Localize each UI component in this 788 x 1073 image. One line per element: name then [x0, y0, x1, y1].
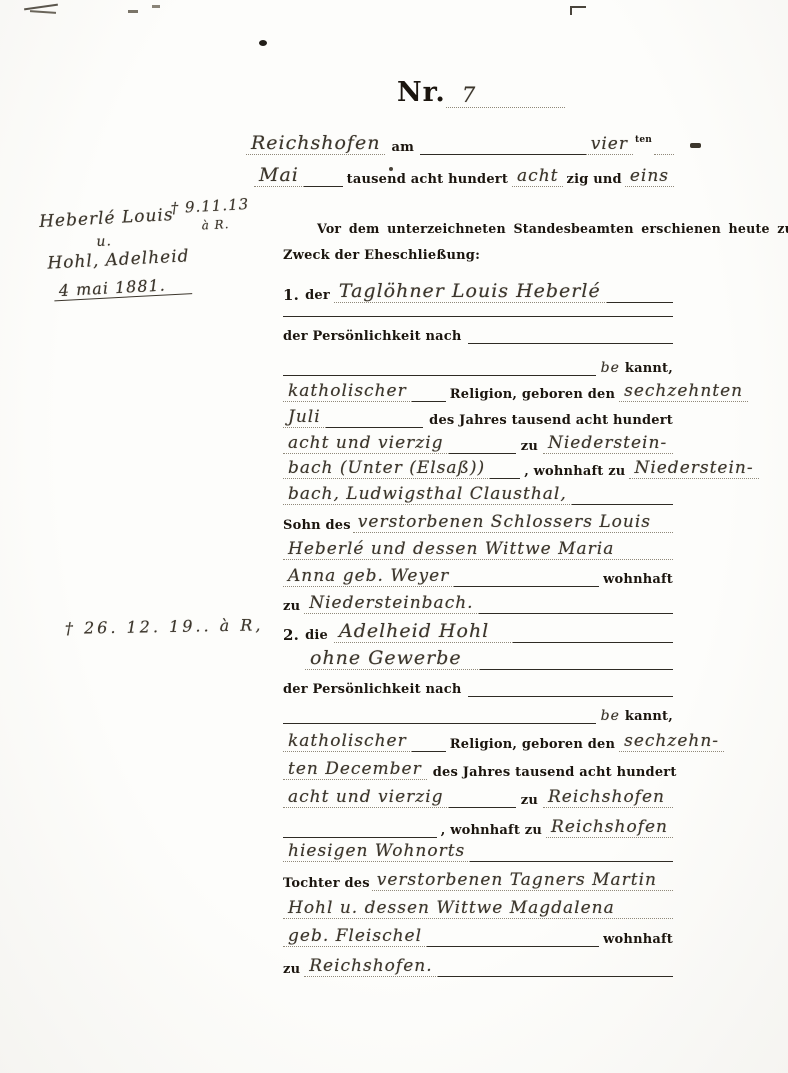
bride-bekannt-row: be kannt, [283, 700, 673, 724]
dateline-place-row: Reichshofen am vier ten [246, 128, 674, 155]
bride-parents-row3: geb. Fleischel wohnhaft [283, 919, 673, 947]
groom-residence-row: bach, Ludwigsthal Clausthal, [283, 479, 673, 505]
intro-purpose: Zweck der Eheschließung: [283, 246, 480, 264]
scan-speck [570, 6, 586, 15]
record-number-label: Nr. [397, 78, 446, 108]
zu2-label: zu [283, 963, 300, 977]
year-tens: acht [512, 168, 563, 187]
groom-residence-1: Niederstein- [629, 460, 758, 479]
daughter-label: Tochter des [283, 877, 370, 891]
bride-residence-note: hiesigen Wohnorts [283, 843, 470, 862]
ten-suffix-label: ten [635, 136, 652, 146]
religion-label: Religion, geboren den [450, 738, 615, 752]
zu-label: zu [521, 440, 538, 454]
bride-religion-row: katholischer Religion, geboren den sechz… [283, 726, 673, 752]
form-blank-line [654, 154, 674, 155]
scan-speck [128, 10, 138, 13]
bride-name-entry: Adelheid Hohl [334, 622, 513, 643]
dateline-year-row: Mai tausend acht hundert acht zig und ei… [246, 160, 674, 187]
zig-und-label: zig und [566, 173, 621, 187]
bride-residence-note-row: hiesigen Wohnorts [283, 834, 673, 862]
bride-occupation: ohne Gewerbe [305, 649, 480, 670]
bride-parents-2: Hohl u. dessen Wittwe Magdalena [283, 900, 673, 919]
groom-parents-1: verstorbenen Schlossers Louis [353, 514, 673, 533]
year-label: des Jahres tausend acht hundert [429, 414, 673, 428]
bride-religion-entry: katholischer [283, 733, 412, 752]
bride-article: die [305, 629, 328, 643]
groom-parents-row1: Sohn des verstorbenen Schlossers Louis [283, 507, 673, 533]
bride-birth-place: Reichshofen [543, 789, 673, 808]
dateline-place: Reichshofen [246, 134, 385, 155]
bride-birth-year: acht und vierzig [283, 789, 449, 808]
groom-parents-residence-row: zu Niedersteinbach. [283, 587, 673, 614]
bride-name-row: 2. die Adelheid Hohl [283, 614, 673, 643]
intro-line2: Zweck der Eheschließung: [283, 248, 480, 263]
margin-bride-name: Hohl, Adelheid [42, 248, 195, 274]
groom-residence-2: bach, Ludwigsthal Clausthal, [283, 486, 572, 505]
bride-birth-month-row: ten December des Jahres tausend acht hun… [283, 752, 673, 780]
scan-speck [259, 40, 267, 46]
margin-annotation-couple: Heberlé Louis † 9.11.13 à R. u. Hohl, Ad… [27, 194, 282, 312]
groom-birth-place-row: bach (Unter (Elsaß)) , wohnhaft zu Niede… [283, 454, 673, 479]
zu-label: zu [521, 794, 538, 808]
scan-speck [30, 10, 56, 14]
form-blank-line [470, 861, 673, 862]
margin-groom-name: Heberlé Louis [34, 207, 179, 233]
bride-parents-3: geb. Fleischel [283, 928, 427, 947]
margin-wedding-date: 4 mai 1881. [53, 276, 192, 301]
bride-occupation-row: ohne Gewerbe [283, 643, 673, 670]
wohnhaft2-label: wohnhaft [603, 573, 673, 587]
groom-bekannt-row: be kannt, [283, 352, 673, 376]
groom-parents-row3: Anna geb. Weyer wohnhaft [283, 560, 673, 587]
margin-groom-death-date: † 9.11.13 [165, 197, 254, 218]
wohnhaft2-label: wohnhaft [603, 933, 673, 947]
bride-parents-row2: Hohl u. dessen Wittwe Magdalena [283, 891, 673, 919]
groom-birth-month: Juli [283, 409, 326, 428]
form-blank-line [283, 723, 596, 724]
zu2-label: zu [283, 600, 300, 614]
groom-article: der [305, 289, 330, 303]
groom-number: 1. [283, 287, 299, 304]
kannt-label: kannt, [625, 710, 673, 724]
dateline-day: vier [586, 136, 633, 155]
year-hundreds-label: tausend acht hundert [347, 173, 508, 187]
bride-birth-day-1: sechzehn- [619, 733, 724, 752]
groom-parents-2: Heberlé und dessen Wittwe Maria [283, 541, 673, 560]
groom-identity-row: der Persönlichkeit nach [283, 320, 673, 344]
bride-parents-row1: Tochter des verstorbenen Tagners Martin [283, 863, 673, 891]
groom-name-entry: Taglöhner Louis Heberlé [334, 282, 607, 303]
groom-name-row: 1. der Taglöhner Louis Heberlé [283, 271, 673, 303]
form-rule [283, 303, 673, 317]
year-label: des Jahres tausend acht hundert [433, 766, 677, 780]
scan-speck [690, 143, 701, 148]
margin-joiner: u. [91, 234, 117, 250]
groom-identity-hand: be [596, 361, 625, 376]
form-blank-line [304, 186, 343, 187]
form-blank-line [283, 316, 673, 317]
bride-birth-year-row: acht und vierzig zu Reichshofen [283, 780, 673, 808]
bride-identity-row: der Persönlichkeit nach [283, 673, 673, 697]
religion-label: Religion, geboren den [450, 388, 615, 402]
identity-label: der Persönlichkeit nach [283, 683, 462, 697]
record-number-value: 7 [446, 85, 565, 108]
groom-religion-entry: katholischer [283, 383, 412, 402]
groom-parents-row2: Heberlé und dessen Wittwe Maria [283, 533, 673, 560]
bride-death-note: † 26. 12. 19.. à R, [60, 617, 269, 638]
scan-speck [152, 5, 160, 8]
groom-religion-row: katholischer Religion, geboren den sechz… [283, 376, 673, 402]
form-blank-line [438, 976, 673, 977]
margin-groom-death-note: à R. [196, 218, 234, 233]
form-blank-line [572, 504, 673, 505]
margin-annotation-bride-death: † 26. 12. 19.. à R, [60, 613, 281, 651]
kannt-label: kannt, [625, 362, 673, 376]
bride-number: 2. [283, 627, 299, 644]
intro-paragraph: Vor dem unterzeichneten Standesbeamten e… [283, 222, 675, 236]
bride-identity-hand: be [596, 709, 625, 724]
groom-birth-year: acht und vierzig [283, 435, 449, 454]
bride-parents-residence-row: zu Reichshofen. [283, 948, 673, 977]
identity-label: der Persönlichkeit nach [283, 330, 462, 344]
groom-birth-month-row: Juli des Jahres tausend acht hundert [283, 402, 673, 428]
groom-birth-year-row: acht und vierzig zu Niederstein- [283, 428, 673, 454]
form-blank-line [427, 946, 599, 947]
groom-birth-place-2: bach (Unter (Elsaß)) [283, 460, 490, 479]
groom-parents-residence: Niedersteinbach. [304, 595, 478, 614]
bride-parents-residence: Reichshofen. [304, 958, 437, 977]
son-label: Sohn des [283, 519, 351, 533]
am-label: am [391, 141, 414, 155]
wohnhaft-label: , wohnhaft zu [524, 465, 625, 479]
groom-birth-place-1: Niederstein- [543, 435, 673, 454]
form-blank-line [468, 696, 673, 697]
record-number-row: Nr. 7 [397, 74, 565, 108]
groom-birth-day: sechzehnten [619, 383, 748, 402]
bride-birth-day-2: ten December [283, 761, 427, 780]
intro-line1: Vor dem unterzeichneten Standesbeamten e… [283, 222, 675, 236]
form-blank-line [420, 154, 586, 155]
scanned-registry-page: Nr. 7 Reichshofen am vier ten Mai tausen… [0, 0, 788, 1073]
year-ones: eins [625, 168, 674, 187]
form-blank-line [468, 343, 673, 344]
dateline-month: Mai [254, 166, 304, 187]
bride-parents-1: verstorbenen Tagners Martin [372, 872, 673, 891]
form-blank-line [480, 669, 673, 670]
groom-parents-3: Anna geb. Weyer [283, 568, 454, 587]
